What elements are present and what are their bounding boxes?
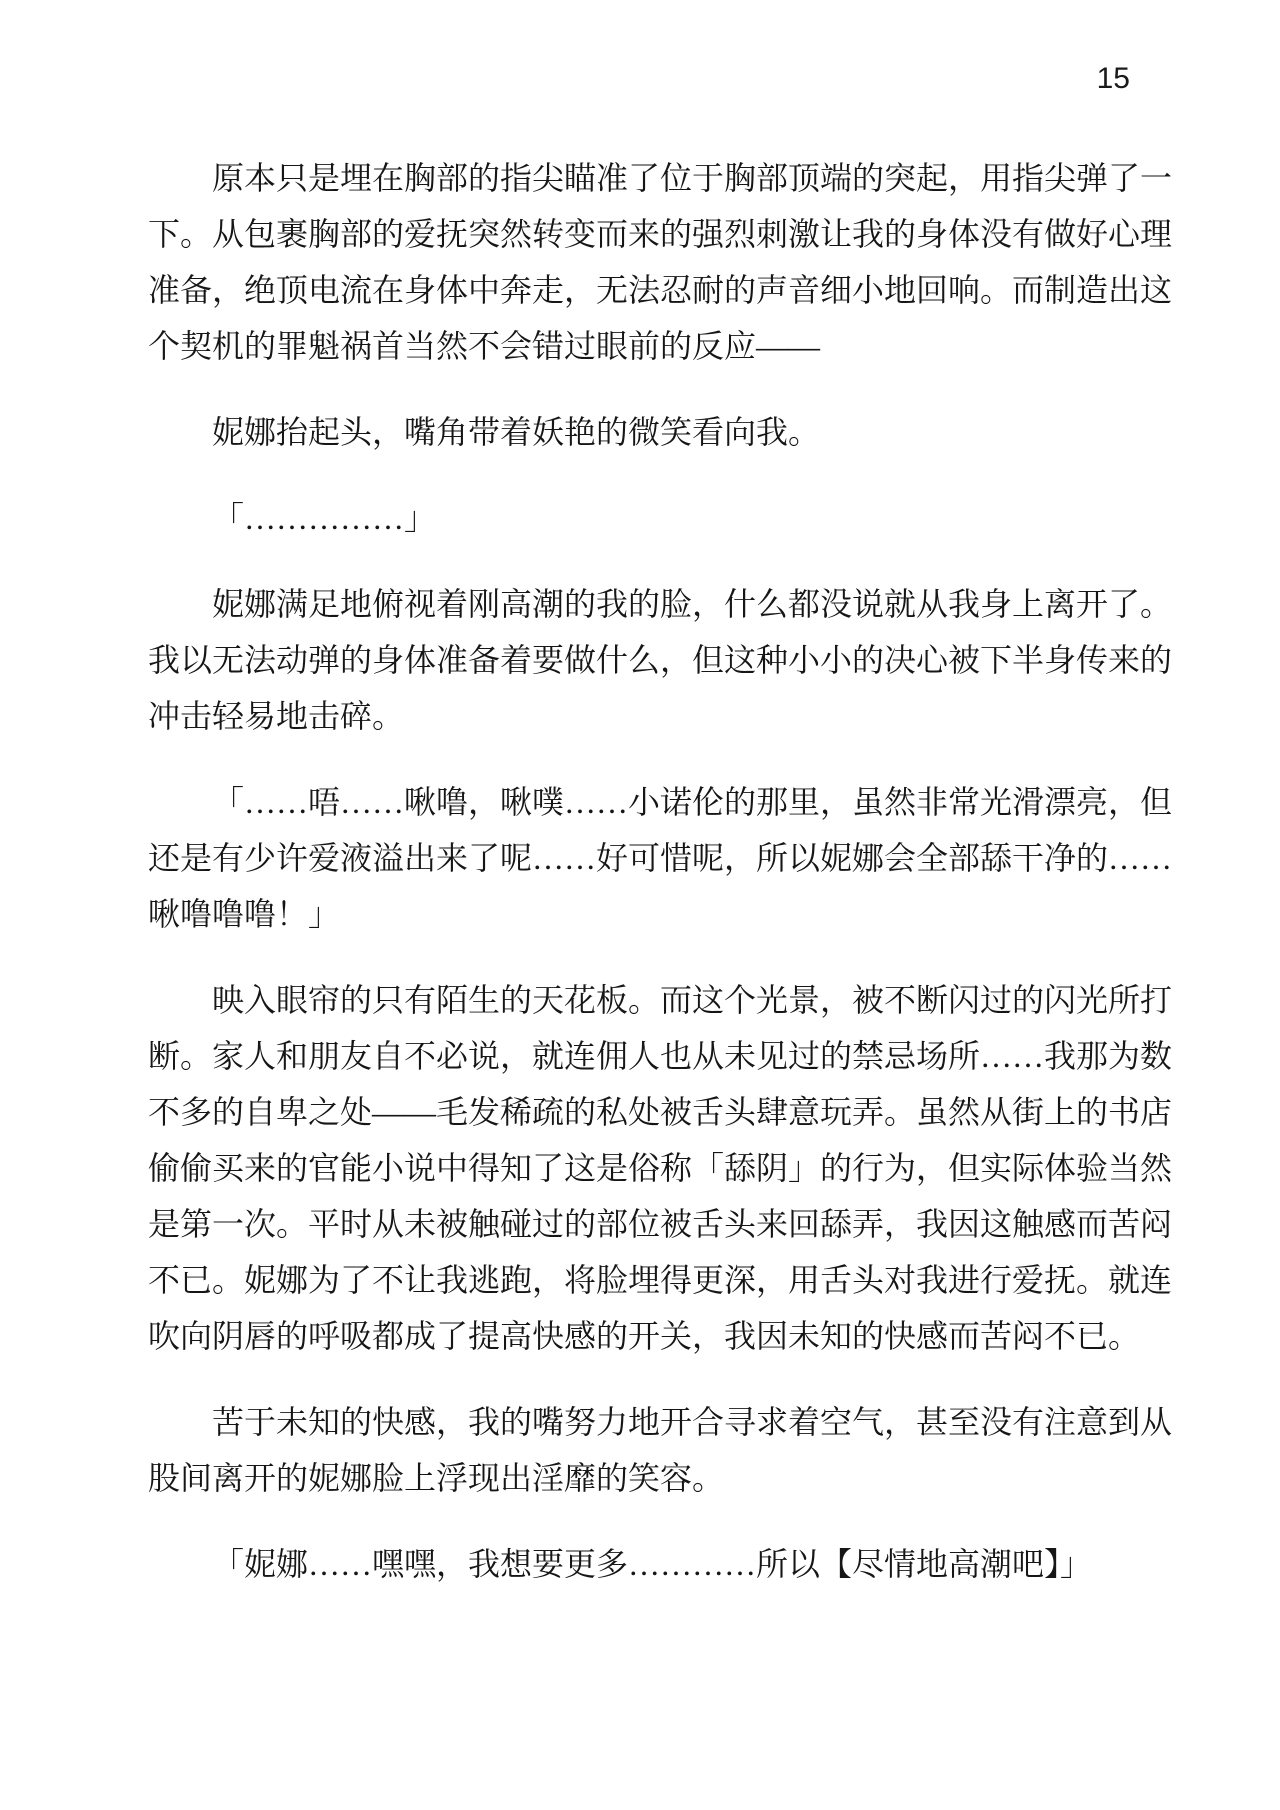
paragraph: 苦于未知的快感，我的嘴努力地开合寻求着空气，甚至没有注意到从股间离开的妮娜脸上浮… (148, 1394, 1172, 1506)
page-number: 15 (1097, 62, 1130, 96)
paragraph-dialogue: 「……………」 (148, 490, 1172, 546)
paragraph-dialogue: 「……唔……啾噜，啾噗……小诺伦的那里，虽然非常光滑漂亮，但还是有少许爱液溢出来… (148, 774, 1172, 942)
paragraph: 妮娜抬起头，嘴角带着妖艳的微笑看向我。 (148, 404, 1172, 460)
paragraph-dialogue: 「妮娜……嘿嘿，我想要更多…………所以【尽情地高潮吧】」 (148, 1536, 1172, 1592)
paragraph: 原本只是埋在胸部的指尖瞄准了位于胸部顶端的突起，用指尖弹了一下。从包裹胸部的爱抚… (148, 150, 1172, 374)
paragraph: 映入眼帘的只有陌生的天花板。而这个光景，被不断闪过的闪光所打断。家人和朋友自不必… (148, 972, 1172, 1364)
page-text-content: 原本只是埋在胸部的指尖瞄准了位于胸部顶端的突起，用指尖弹了一下。从包裹胸部的爱抚… (148, 150, 1172, 1592)
paragraph: 妮娜满足地俯视着刚高潮的我的脸，什么都没说就从我身上离开了。我以无法动弹的身体准… (148, 576, 1172, 744)
book-page: 15 原本只是埋在胸部的指尖瞄准了位于胸部顶端的突起，用指尖弹了一下。从包裹胸部… (0, 0, 1280, 1810)
